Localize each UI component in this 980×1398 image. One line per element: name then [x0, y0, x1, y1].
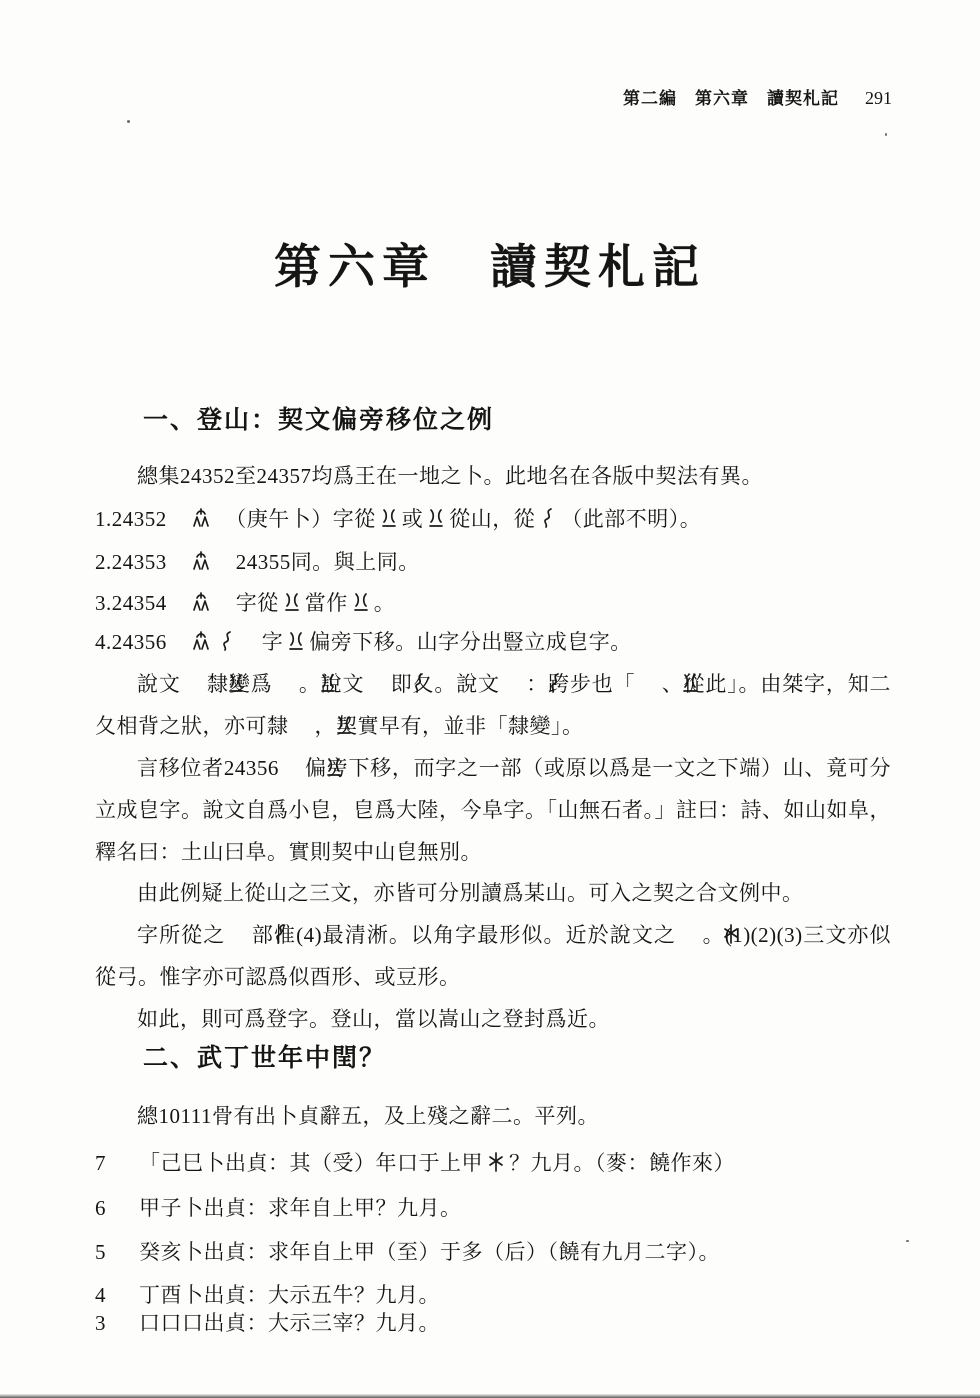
- oracle-foot-glyph: [292, 709, 312, 733]
- oracle-foot-glyph: [286, 625, 306, 649]
- oracle-foot-glyph: [282, 751, 302, 775]
- oracle-foot-glyph: [426, 502, 446, 526]
- paragraph-shuowen: 說文隸變爲。說文即夂。說文：跨步也「、從此」。由桀字，知二夂相背之狀，亦可隸，契…: [95, 663, 891, 747]
- oracle-serpent-glyph: [367, 667, 387, 691]
- running-header: 第二編 第六章 讀契札記291: [623, 84, 892, 109]
- page-number: 291: [865, 88, 892, 108]
- paragraph-component-analysis: 字所從之部惟(4)最清淅。以角字最形似。近於說文之。(1)(2)(3)三文亦似從…: [95, 914, 891, 998]
- numbered-item-3: 3.24354 字從當作。: [95, 582, 891, 624]
- oracle-foot-glyph: [282, 586, 302, 610]
- inscription-text: 癸亥卜出貞：求年自上甲（至）于多（后）（饒有九月二字）。: [139, 1240, 720, 1264]
- running-header-title: 第二編 第六章 讀契札記: [623, 89, 839, 108]
- oracle-foot-glyph: [638, 667, 658, 691]
- inscription-line: 5癸亥卜出貞：求年自上甲（至）于多（后）（饒有九月二字）。: [95, 1235, 895, 1269]
- section2-heading: 二、武丁世年中閏？: [143, 1038, 386, 1074]
- oracle-foot-glyph: [379, 502, 399, 526]
- section1-heading: 一、登山：契文偏旁移位之例: [143, 400, 494, 436]
- inscription-text: 「己巳卜出貞：其（受）年口于上甲？九月。（麥：饒作來）: [139, 1151, 735, 1175]
- inscription-line: 3口口口出貞：大示三宰？九月。: [95, 1306, 895, 1340]
- inscription-text: 丁酉卜出貞：大示五牛？九月。: [139, 1283, 440, 1307]
- inscription-number: 7: [95, 1146, 139, 1180]
- inscription-number: 6: [95, 1191, 139, 1225]
- inscription-number: 5: [95, 1235, 139, 1269]
- inscription-text: 甲子卜出貞：求年自上甲？九月。: [139, 1196, 462, 1220]
- scanned-book-page: 第二編 第六章 讀契札記291 第六章 讀契札記 一、登山：契文偏旁移位之例 總…: [0, 0, 980, 1398]
- oracle-serpent-glyph: [503, 667, 523, 691]
- oracle-mountain-compound-glyph: [191, 502, 211, 526]
- paragraph-example-doubt: 由此例疑上從山之三文，亦皆可分別讀爲某山。可入之契之合文例中。: [95, 872, 891, 914]
- oracle-mountain-compound-glyph: [191, 545, 211, 569]
- oracle-serpent-glyph: [538, 502, 558, 526]
- scan-speck: [906, 1240, 909, 1242]
- oracle-foot-glyph: [276, 667, 296, 691]
- inscription-line: 6甲子卜出貞：求年自上甲？九月。: [95, 1191, 895, 1225]
- numbered-item-2: 2.24353 24355同。與上同。: [95, 541, 891, 583]
- oracle-mountain-compound-glyph: [191, 586, 211, 610]
- numbered-item-4: 4.24356 字偏旁下移。山字分出豎立成皀字。: [95, 621, 891, 663]
- section1-intro-paragraph: 總集24352至24357均爲王在一地之卜。此地名在各版中契法有異。: [95, 455, 891, 497]
- chapter-title: 第六章 讀契札記: [0, 230, 980, 297]
- oracle-mountain-compound-glyph: [191, 625, 211, 649]
- scan-speck: [885, 133, 887, 136]
- oracle-serpent-glyph: [228, 918, 248, 942]
- scan-speck: [127, 120, 130, 123]
- scan-edge-shadow: [0, 1394, 980, 1398]
- section2-intro-paragraph: 總10111骨有出卜貞辭五，及上殘之辭二。平列。: [95, 1095, 891, 1137]
- paragraph-displacement: 言移位者24356偏旁下移，而字之一部（或原以爲是一文之下端）山、竟可分立成皀字…: [95, 747, 891, 873]
- inscription-number: 3: [95, 1306, 139, 1340]
- oracle-foot-glyph: [184, 667, 204, 691]
- oracle-serpent-glyph: [217, 625, 237, 649]
- oracle-foot-glyph: [351, 586, 371, 610]
- oracle-wheat-glyph: [679, 918, 699, 942]
- inscription-text: 口口口出貞：大示三宰？九月。: [139, 1311, 440, 1335]
- paragraph-conclusion: 如此，則可爲登字。登山，當以嵩山之登封爲近。: [95, 998, 891, 1040]
- oracle-wheat-glyph: [486, 1150, 506, 1174]
- inscription-line: 7「己巳卜出貞：其（受）年口于上甲？九月。（麥：饒作來）: [95, 1146, 895, 1180]
- numbered-item-1: 1.24352 （庚午卜）字從或從山，從（此部不明）。: [95, 498, 891, 540]
